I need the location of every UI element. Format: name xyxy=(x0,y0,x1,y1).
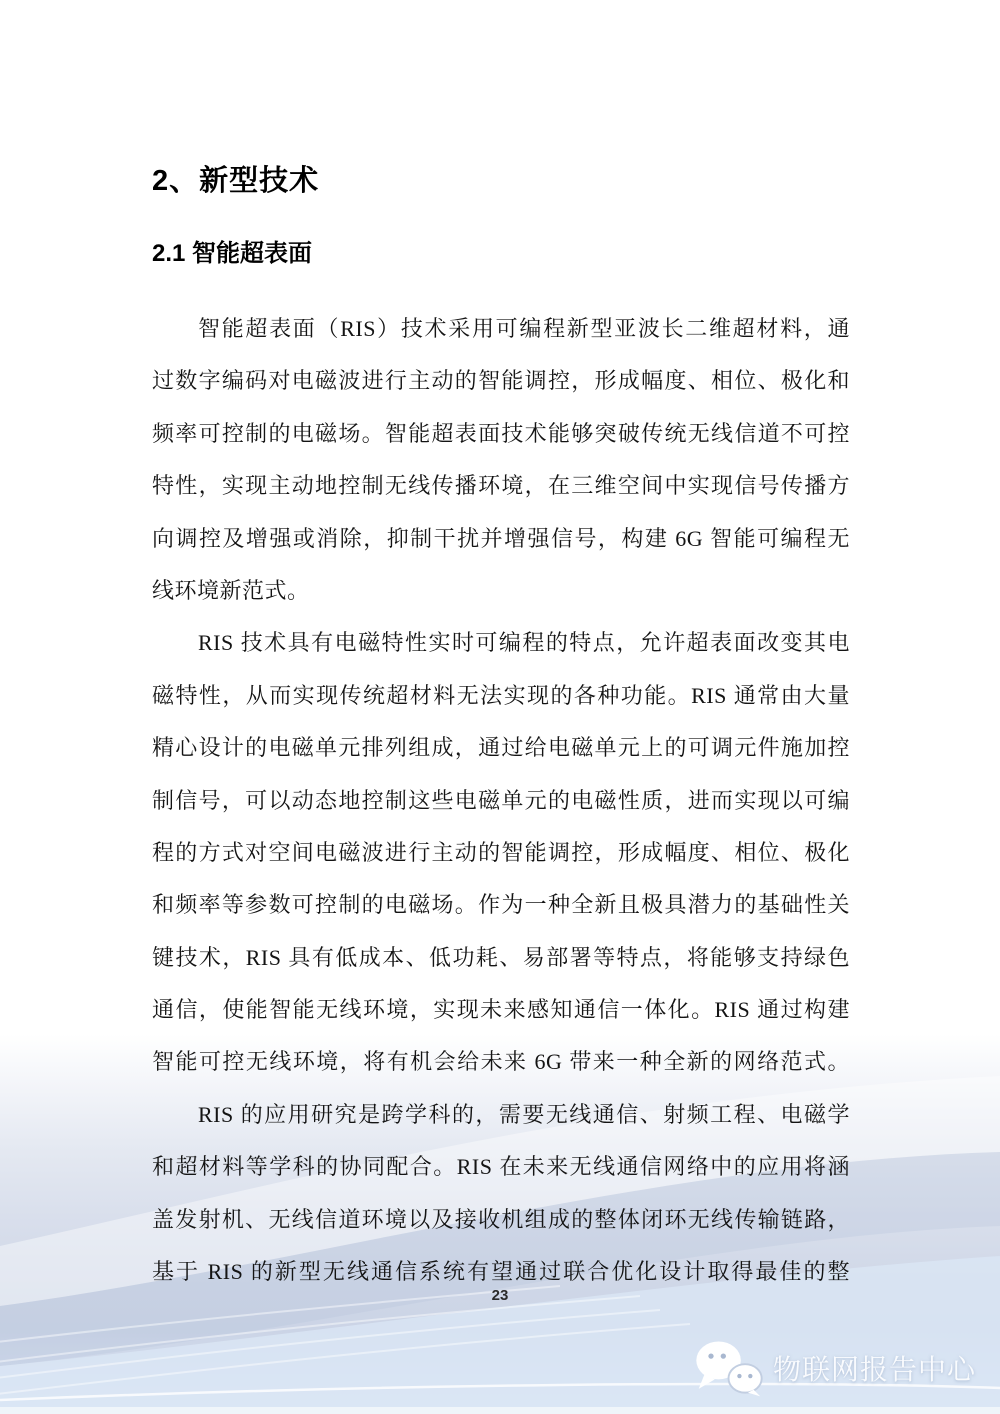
body-text-line: 向调控及增强或消除，抑制干扰并增强信号，构建 6G 智能可编程无 xyxy=(152,513,850,565)
page-number: 23 xyxy=(0,1287,1000,1304)
body-text-line: 智能超表面（RIS）技术采用可编程新型亚波长二维超材料，通 xyxy=(152,303,850,355)
body-text: 智能超表面（RIS）技术采用可编程新型亚波长二维超材料，通过数字编码对电磁波进行… xyxy=(152,303,850,1298)
subsection-heading: 2.1 智能超表面 xyxy=(152,239,850,269)
body-text-line: 和频率等参数可控制的电磁场。作为一种全新且极具潜力的基础性关 xyxy=(152,879,850,931)
body-text-line: 盖发射机、无线信道环境以及接收机组成的整体闭环无线传输链路， xyxy=(152,1194,850,1246)
body-text-line: 磁特性，从而实现传统超材料无法实现的各种功能。RIS 通常由大量 xyxy=(152,670,850,722)
body-text-line: 通信，使能智能无线环境，实现未来感知通信一体化。RIS 通过构建 xyxy=(152,984,850,1036)
body-text-line: 频率可控制的电磁场。智能超表面技术能够突破传统无线信道不可控 xyxy=(152,408,850,460)
body-text-line: 特性，实现主动地控制无线传播环境，在三维空间中实现信号传播方 xyxy=(152,460,850,512)
body-text-line: 智能可控无线环境，将有机会给未来 6G 带来一种全新的网络范式。 xyxy=(152,1036,850,1088)
body-text-line: 过数字编码对电磁波进行主动的智能调控，形成幅度、相位、极化和 xyxy=(152,355,850,407)
body-text-line: 精心设计的电磁单元排列组成，通过给电磁单元上的可调元件施加控 xyxy=(152,722,850,774)
watermark-label: 物联网报告中心 xyxy=(773,1348,976,1388)
body-text-line: RIS 技术具有电磁特性实时可编程的特点，允许超表面改变其电 xyxy=(152,617,850,669)
body-text-line: 制信号，可以动态地控制这些电磁单元的电磁性质，进而实现以可编 xyxy=(152,775,850,827)
section-heading: 2、新型技术 xyxy=(152,163,850,199)
body-text-line: RIS 的应用研究是跨学科的，需要无线通信、射频工程、电磁学 xyxy=(152,1089,850,1141)
body-text-line: 键技术，RIS 具有低成本、低功耗、易部署等特点，将能够支持绿色 xyxy=(152,932,850,984)
body-text-line: 程的方式对空间电磁波进行主动的智能调控，形成幅度、相位、极化 xyxy=(152,827,850,879)
body-text-line: 线环境新范式。 xyxy=(152,565,850,617)
body-text-line: 和超材料等学科的协同配合。RIS 在未来无线通信网络中的应用将涵 xyxy=(152,1141,850,1193)
watermark: 物联网报告中心 xyxy=(693,1338,976,1398)
wechat-icon xyxy=(693,1338,765,1398)
document-page: 2、新型技术 2.1 智能超表面 智能超表面（RIS）技术采用可编程新型亚波长二… xyxy=(0,0,1000,1414)
